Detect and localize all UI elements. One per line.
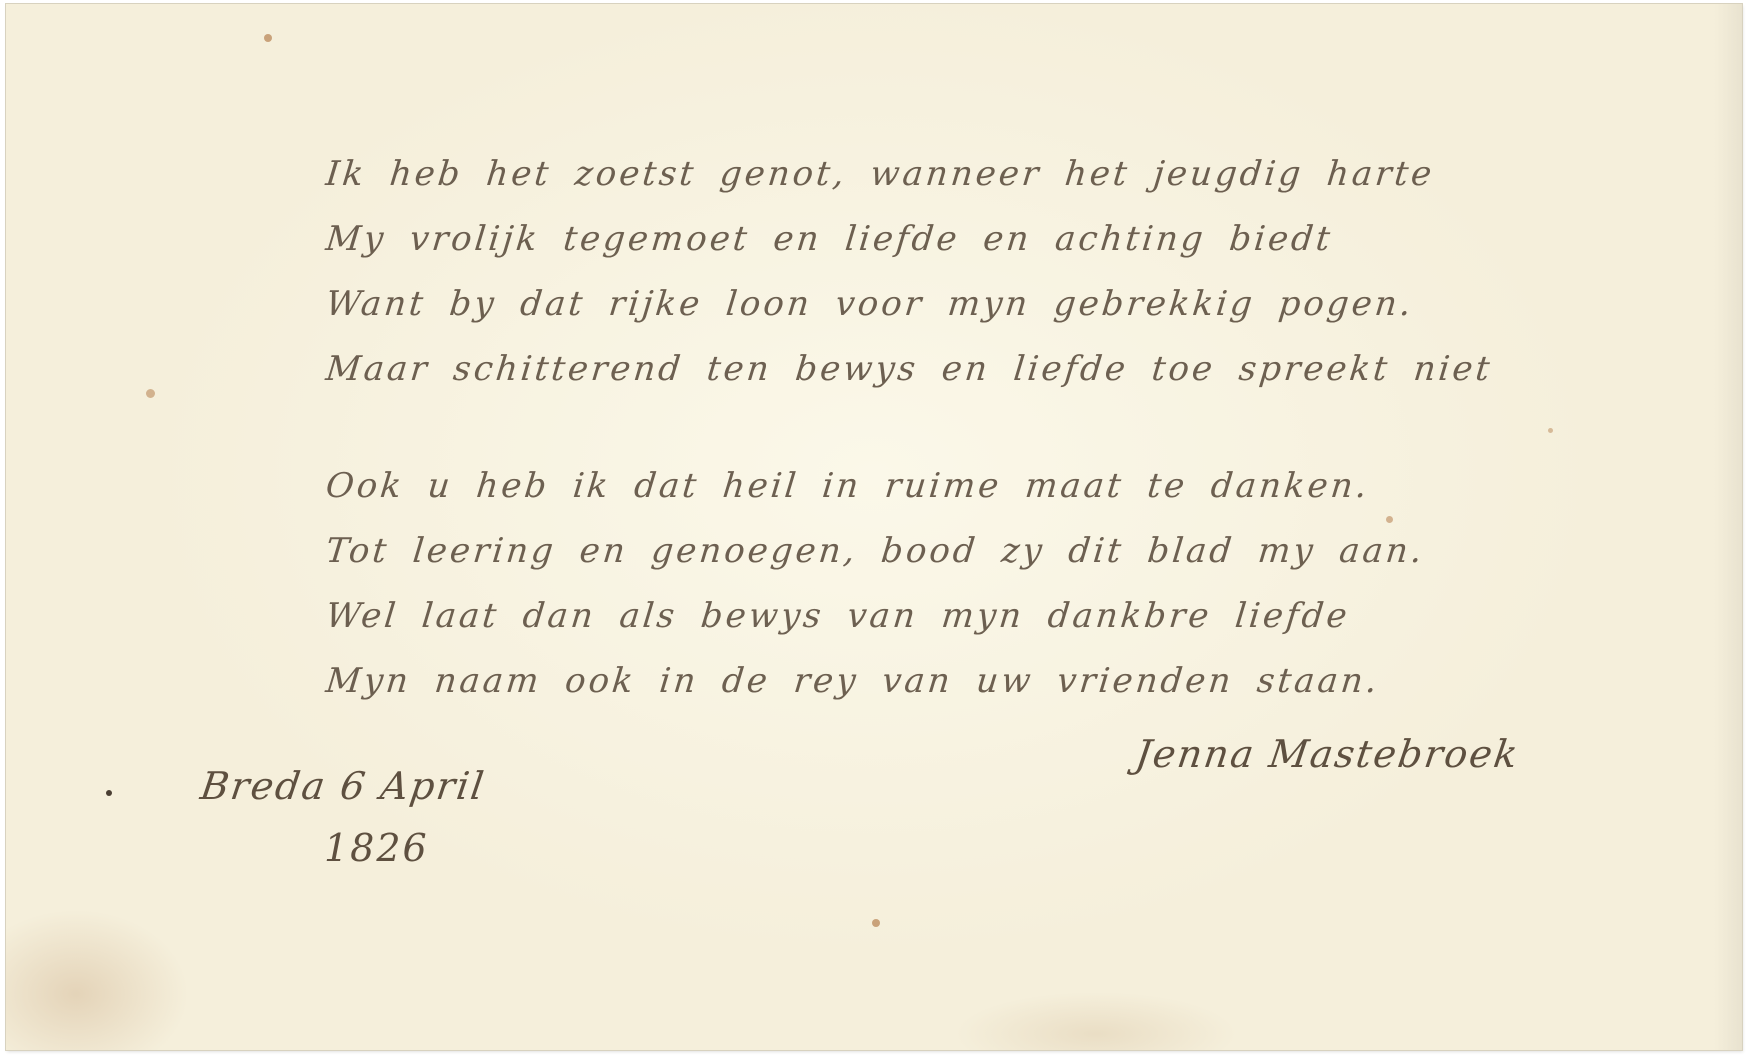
foxing-spot (1548, 428, 1553, 433)
poem-line: Myn naam ook in de rey van uw vrienden s… (323, 649, 1496, 714)
year: 1826 (324, 826, 429, 870)
stanza-2: Ook u heb ik dat heil in ruime maat te d… (326, 454, 1492, 714)
foxing-spot (146, 389, 155, 398)
poem-line: My vrolijk tegemoet en liefde en achting… (323, 207, 1496, 272)
stanza-1: Ik heb het zoetst genot, wanneer het jeu… (326, 142, 1492, 402)
poem-line: Want by dat rijke loon voor myn gebrekki… (323, 272, 1496, 337)
foxing-spot (872, 919, 880, 927)
poem-line: Tot leering en genoegen, bood zy dit bla… (323, 519, 1496, 584)
poem: Ik heb het zoetst genot, wanneer het jeu… (326, 142, 1492, 714)
poem-line: Wel laat dan als bewys van myn dankbre l… (323, 584, 1496, 649)
signature: Jenna Mastebroek (1133, 732, 1522, 776)
poem-line: Maar schitterend ten bewys en liefde toe… (323, 337, 1496, 402)
poem-line: Ik heb het zoetst genot, wanneer het jeu… (323, 142, 1496, 207)
foxing-spot (264, 34, 272, 42)
place-date: Breda 6 April (198, 764, 488, 808)
ink-dot (106, 790, 112, 796)
manuscript-page: Ik heb het zoetst genot, wanneer het jeu… (6, 4, 1742, 1050)
poem-line: Ook u heb ik dat heil in ruime maat te d… (323, 454, 1496, 519)
